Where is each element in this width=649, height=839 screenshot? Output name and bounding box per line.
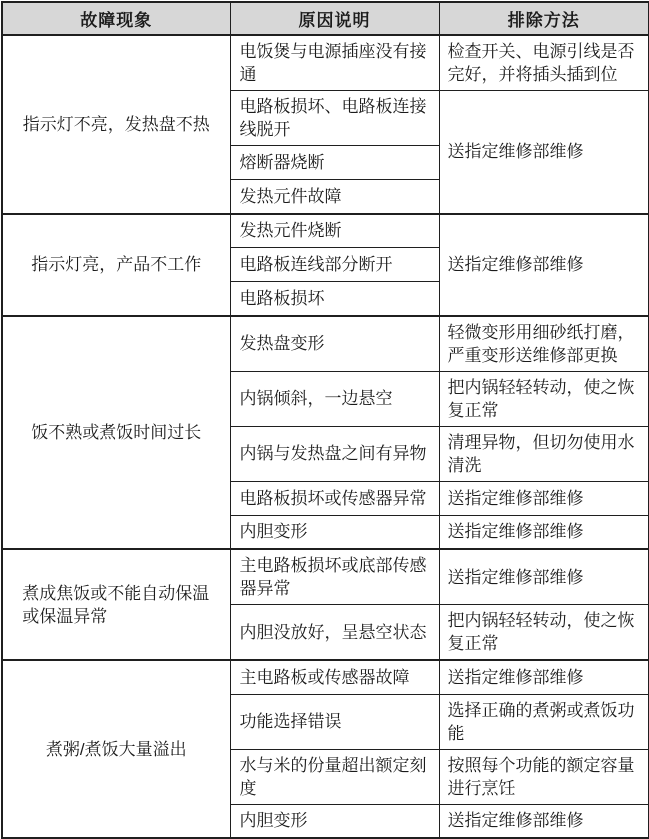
remedy-cell: 按照每个功能的额定容量进行烹饪 [439, 749, 649, 804]
col-header-remedy: 排除方法 [439, 2, 649, 35]
remedy-cell: 选择正确的煮粥或煮饭功能 [439, 694, 649, 749]
symptom-text: 指示灯不亮，发热盘不热 [23, 113, 210, 136]
cause-cell: 内胆变形 [230, 515, 439, 549]
symptom-cell: 煮成焦饭或不能自动保温或保温异常 [2, 549, 230, 660]
table-row: 煮粥/煮饭大量溢出主电路板或传感器故障送指定维修部维修 [2, 660, 649, 694]
table-row: 指示灯不亮，发热盘不热电饭煲与电源插座没有接通检查开关、电源引线是否完好，并将插… [2, 35, 649, 91]
symptom-cell: 指示灯不亮，发热盘不热 [2, 35, 230, 214]
cause-cell: 主电路板损坏或底部传感器异常 [230, 549, 439, 605]
table-row: 煮成焦饭或不能自动保温或保温异常主电路板损坏或底部传感器异常送指定维修部维修 [2, 549, 649, 605]
remedy-cell: 把内锅轻轻转动，使之恢复正常 [439, 605, 649, 661]
cause-cell: 电路板损坏或传感器异常 [230, 481, 439, 515]
col-header-symptom: 故障现象 [2, 2, 230, 35]
remedy-cell: 检查开关、电源引线是否完好，并将插头插到位 [439, 35, 649, 91]
symptom-cell: 饭不熟或煮饭时间过长 [2, 316, 230, 550]
symptom-cell: 指示灯亮，产品不工作 [2, 214, 230, 316]
remedy-cell: 送指定维修部维修 [439, 214, 649, 316]
remedy-cell: 清理异物，但切勿使用水清洗 [439, 426, 649, 481]
cause-cell: 水与米的份量超出额定刻度 [230, 749, 439, 804]
symptom-text: 饭不熟或煮饭时间过长 [31, 421, 201, 444]
remedy-cell: 送指定维修部维修 [439, 549, 649, 605]
remedy-cell: 轻微变形用细砂纸打磨，严重变形送维修部更换 [439, 316, 649, 372]
cause-cell: 熔断器烧断 [230, 146, 439, 180]
table-row: 饭不熟或煮饭时间过长发热盘变形轻微变形用细砂纸打磨，严重变形送维修部更换 [2, 316, 649, 372]
header-row: 故障现象 原因说明 排除方法 [2, 2, 649, 35]
remedy-cell: 送指定维修部维修 [439, 481, 649, 515]
cause-cell: 电饭煲与电源插座没有接通 [230, 35, 439, 91]
troubleshooting-table: 故障现象 原因说明 排除方法 指示灯不亮，发热盘不热电饭煲与电源插座没有接通检查… [1, 1, 649, 839]
cause-cell: 电路板连线部分断开 [230, 248, 439, 282]
col-header-cause: 原因说明 [230, 2, 439, 35]
cause-cell: 内锅倾斜，一边悬空 [230, 371, 439, 426]
remedy-cell: 送指定维修部维修 [439, 515, 649, 549]
symptom-cell: 煮粥/煮饭大量溢出 [2, 660, 230, 838]
remedy-cell: 送指定维修部维修 [439, 804, 649, 838]
cause-cell: 发热元件故障 [230, 180, 439, 214]
remedy-cell: 把内锅轻轻转动，使之恢复正常 [439, 371, 649, 426]
cause-cell: 内锅与发热盘之间有异物 [230, 426, 439, 481]
symptom-text: 煮成焦饭或不能自动保温或保温异常 [22, 582, 210, 628]
cause-cell: 电路板损坏、电路板连接线脱开 [230, 91, 439, 146]
cause-cell: 主电路板或传感器故障 [230, 660, 439, 694]
remedy-cell: 送指定维修部维修 [439, 91, 649, 214]
table-header: 故障现象 原因说明 排除方法 [2, 2, 649, 35]
remedy-cell: 送指定维修部维修 [439, 660, 649, 694]
symptom-text: 煮粥/煮饭大量溢出 [46, 738, 187, 761]
cause-cell: 内胆没放好，呈悬空状态 [230, 605, 439, 661]
cause-cell: 发热元件烧断 [230, 214, 439, 248]
cause-cell: 功能选择错误 [230, 694, 439, 749]
manual-page: 故障现象 原因说明 排除方法 指示灯不亮，发热盘不热电饭煲与电源插座没有接通检查… [0, 0, 649, 801]
cause-cell: 内胆变形 [230, 804, 439, 838]
table-body: 指示灯不亮，发热盘不热电饭煲与电源插座没有接通检查开关、电源引线是否完好，并将插… [2, 35, 649, 838]
table-row: 指示灯亮，产品不工作发热元件烧断送指定维修部维修 [2, 214, 649, 248]
cause-cell: 发热盘变形 [230, 316, 439, 372]
symptom-text: 指示灯亮，产品不工作 [31, 253, 201, 276]
cause-cell: 电路板损坏 [230, 282, 439, 316]
